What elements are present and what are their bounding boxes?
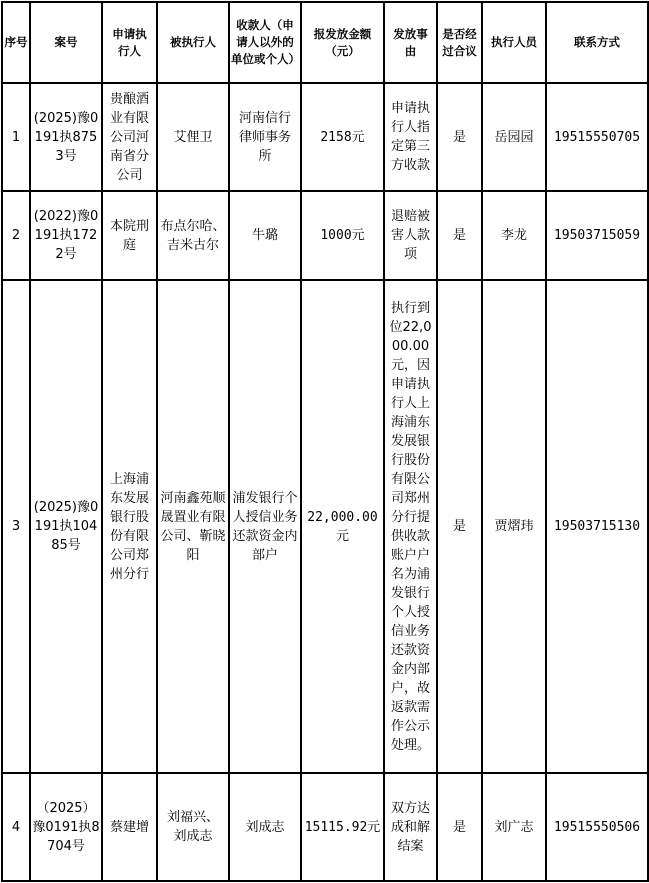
- header-officer: 执行人员: [482, 2, 546, 83]
- cell-applicant: 贵酿酒业有限公司河南省分公司: [102, 83, 157, 191]
- cell-payee: 牛璐: [229, 191, 301, 280]
- table-row: 1 (2025)豫0191执8753号 贵酿酒业有限公司河南省分公司 艾俚卫 河…: [2, 83, 648, 191]
- cell-reason: 执行到位22,000.00元，因申请执行人上海浦东发展银行股份有限公司郑州分行提…: [384, 280, 437, 773]
- cell-contact: 19515550705: [546, 83, 648, 191]
- cell-meeting: 是: [437, 773, 482, 881]
- header-seq: 序号: [2, 2, 30, 83]
- cell-case-no: (2022)豫0191执1722号: [30, 191, 102, 280]
- table-row: 2 (2022)豫0191执1722号 本院刑庭 布点尔哈、吉米古尔 牛璐 10…: [2, 191, 648, 280]
- cell-reason: 退赔被害人款项: [384, 191, 437, 280]
- cell-case-no: (2025)豫0191执10485号: [30, 280, 102, 773]
- cell-meeting: 是: [437, 83, 482, 191]
- cell-amount: 22,000.00元: [301, 280, 384, 773]
- cell-respondent: 布点尔哈、吉米古尔: [157, 191, 229, 280]
- header-amount: 报发放金额（元）: [301, 2, 384, 83]
- cell-amount: 15115.92元: [301, 773, 384, 881]
- cell-respondent: 河南鑫苑顺晟置业有限公司、靳晓阳: [157, 280, 229, 773]
- header-respondent: 被执行人: [157, 2, 229, 83]
- header-meeting: 是否经过合议: [437, 2, 482, 83]
- cell-officer: 贾熠玮: [482, 280, 546, 773]
- cell-officer: 李龙: [482, 191, 546, 280]
- cell-respondent: 刘福兴、刘成志: [157, 773, 229, 881]
- header-payee: 收款人（申请人以外的单位或个人）: [229, 2, 301, 83]
- cell-reason: 申请执行人指定第三方收款: [384, 83, 437, 191]
- cell-meeting: 是: [437, 191, 482, 280]
- header-case-no: 案号: [30, 2, 102, 83]
- header-contact: 联系方式: [546, 2, 648, 83]
- cell-seq: 1: [2, 83, 30, 191]
- cell-amount: 2158元: [301, 83, 384, 191]
- cell-seq: 2: [2, 191, 30, 280]
- header-row: 序号 案号 申请执行人 被执行人 收款人（申请人以外的单位或个人） 报发放金额（…: [2, 2, 648, 83]
- cell-seq: 4: [2, 773, 30, 881]
- cell-payee: 刘成志: [229, 773, 301, 881]
- cell-applicant: 本院刑庭: [102, 191, 157, 280]
- cell-contact: 19503715130: [546, 280, 648, 773]
- disbursement-table: 序号 案号 申请执行人 被执行人 收款人（申请人以外的单位或个人） 报发放金额（…: [1, 1, 649, 882]
- cell-seq: 3: [2, 280, 30, 773]
- table-row: 4 （2025）豫0191执8704号 蔡建增 刘福兴、刘成志 刘成志 1511…: [2, 773, 648, 881]
- cell-contact: 19515550506: [546, 773, 648, 881]
- cell-respondent: 艾俚卫: [157, 83, 229, 191]
- cell-reason: 双方达成和解结案: [384, 773, 437, 881]
- cell-case-no: （2025）豫0191执8704号: [30, 773, 102, 881]
- cell-applicant: 蔡建增: [102, 773, 157, 881]
- cell-amount: 1000元: [301, 191, 384, 280]
- cell-meeting: 是: [437, 280, 482, 773]
- cell-applicant: 上海浦东发展银行股份有限公司郑州分行: [102, 280, 157, 773]
- header-applicant: 申请执行人: [102, 2, 157, 83]
- cell-case-no: (2025)豫0191执8753号: [30, 83, 102, 191]
- cell-contact: 19503715059: [546, 191, 648, 280]
- cell-officer: 岳园园: [482, 83, 546, 191]
- cell-payee: 浦发银行个人授信业务还款资金内部户: [229, 280, 301, 773]
- cell-payee: 河南信行律师事务所: [229, 83, 301, 191]
- table-row: 3 (2025)豫0191执10485号 上海浦东发展银行股份有限公司郑州分行 …: [2, 280, 648, 773]
- header-reason: 发放事由: [384, 2, 437, 83]
- cell-officer: 刘广志: [482, 773, 546, 881]
